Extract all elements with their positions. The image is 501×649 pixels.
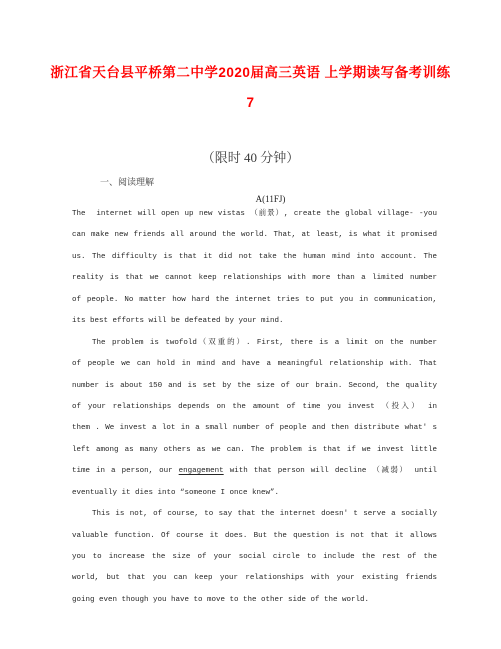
article-line: The problem is twofold（双重的）. First, ther… [72, 333, 437, 354]
article-line: time in a person, our engagement with th… [72, 461, 437, 482]
article-line: of your relationships depends on the amo… [72, 397, 437, 418]
section-heading: 一、阅读理解 [100, 175, 501, 188]
passage-label: A(11FJ) [20, 194, 501, 204]
article: The internet will open up new vistas （前景… [72, 204, 437, 611]
article-line: eventually it dies into “someone I once … [72, 483, 437, 504]
article-line: them . We invest a lot in a small number… [72, 418, 437, 439]
article-line: can make new friends all around the worl… [72, 225, 437, 246]
time-limit-text: （限时 40 分钟） [0, 147, 501, 166]
article-line: left among as many others as we can. The… [72, 440, 437, 461]
article-line: us. The difficulty is that it did not ta… [72, 247, 437, 268]
article-line: valuable function. Of course it does. Bu… [72, 526, 437, 547]
article-line: of people. No matter how hard the intern… [72, 290, 437, 311]
article-line: its best efforts will be defeated by you… [72, 311, 437, 332]
title-line-1: 浙江省天台县平桥第二中学2020届高三英语 上学期读写备考训练 [0, 58, 501, 88]
article-line: going even though you have to move to th… [72, 590, 437, 611]
article-line: world, but that you can keep your relati… [72, 568, 437, 589]
article-line: The internet will open up new vistas （前景… [72, 204, 437, 225]
document-title: 浙江省天台县平桥第二中学2020届高三英语 上学期读写备考训练 7 [0, 0, 501, 118]
document-page: 浙江省天台县平桥第二中学2020届高三英语 上学期读写备考训练 7 （限时 40… [0, 0, 501, 649]
title-line-2: 7 [0, 88, 501, 118]
article-line: you to increase the size of your social … [72, 547, 437, 568]
article-line: of people we can hold in mind and have a… [72, 354, 437, 375]
article-line: reality is that we cannot keep relations… [72, 268, 437, 289]
article-line: number is about 150 and is set by the si… [72, 376, 437, 397]
article-line: This is not, of course, to say that the … [72, 504, 437, 525]
